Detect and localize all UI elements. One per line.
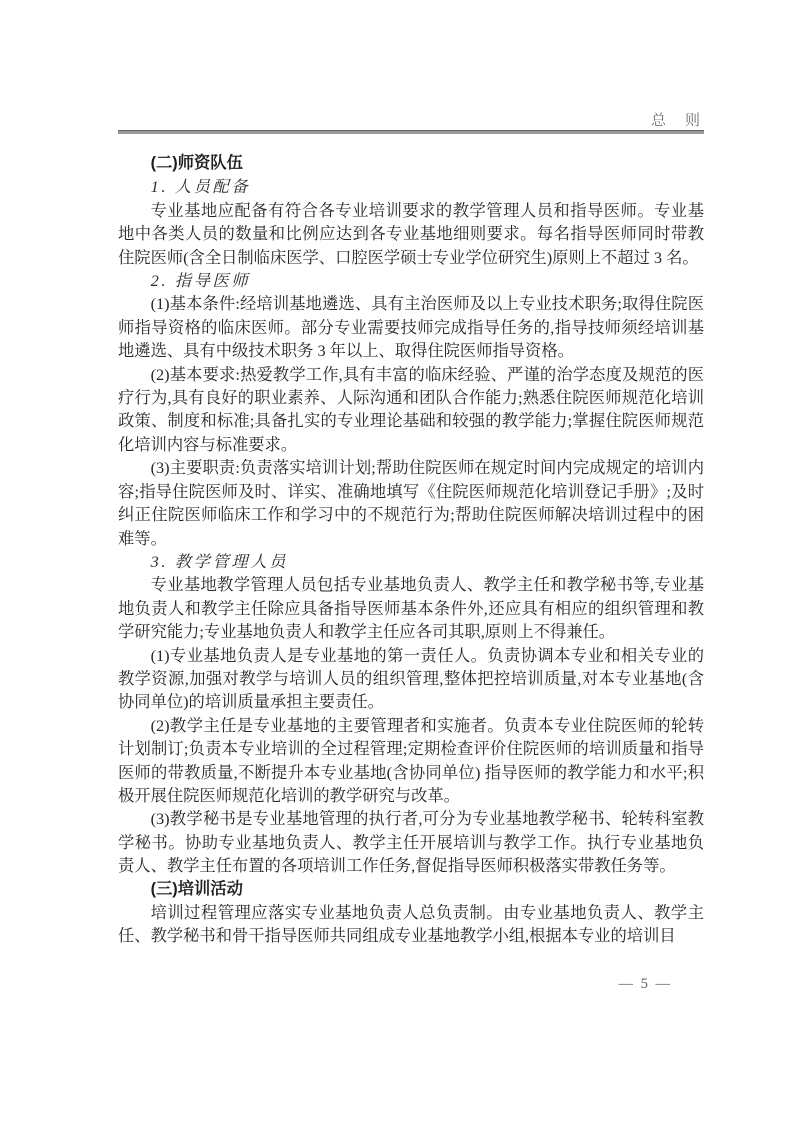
body-paragraph: (1)专业基地负责人是专业基地的第一责任人。负责协调本专业和相关专业的教学资源,…	[118, 644, 704, 714]
running-head: 总 则	[651, 109, 702, 130]
body-paragraph: (2)教学主任是专业基地的主要管理者和实施者。负责本专业住院医师的轮转计划制订;…	[118, 714, 704, 808]
body-paragraph: 培训过程管理应落实专业基地负责人总负责制。由专业基地负责人、教学主任、教学秘书和…	[118, 901, 704, 948]
body-paragraph: (3)教学秘书是专业基地管理的执行者,可分为专业基地教学秘书、轮转科室教学秘书。…	[118, 807, 704, 877]
body-paragraph: 专业基地教学管理人员包括专业基地负责人、教学主任和教学秘书等,专业基地负责人和教…	[118, 573, 704, 643]
document-body: (二)师资队伍1. 人员配备专业基地应配备有符合各专业培训要求的教学管理人员和指…	[118, 152, 704, 948]
body-paragraph: (3)主要职责:负责落实培训计划;帮助住院医师在规定时间内完成规定的培训内容;指…	[118, 456, 704, 550]
section-heading: (三)培训活动	[118, 878, 704, 901]
body-paragraph: (1)基本条件:经培训基地遴选、具有主治医师及以上专业技术职务;取得住院医师指导…	[118, 292, 704, 362]
page-number: — 5 —	[619, 976, 673, 993]
numbered-subheading: 3. 教学管理人员	[118, 550, 704, 573]
body-paragraph: 专业基地应配备有符合各专业培训要求的教学管理人员和指导医师。专业基地中各类人员的…	[118, 199, 704, 269]
body-paragraph: (2)基本要求:热爱教学工作,具有丰富的临床经验、严谨的治学态度及规范的医疗行为…	[118, 363, 704, 457]
header-rule	[118, 130, 704, 134]
document-page: 总 则 (二)师资队伍1. 人员配备专业基地应配备有符合各专业培训要求的教学管理…	[0, 0, 800, 1131]
section-heading: (二)师资队伍	[118, 152, 704, 175]
numbered-subheading: 2. 指导医师	[118, 269, 704, 292]
numbered-subheading: 1. 人员配备	[118, 175, 704, 198]
